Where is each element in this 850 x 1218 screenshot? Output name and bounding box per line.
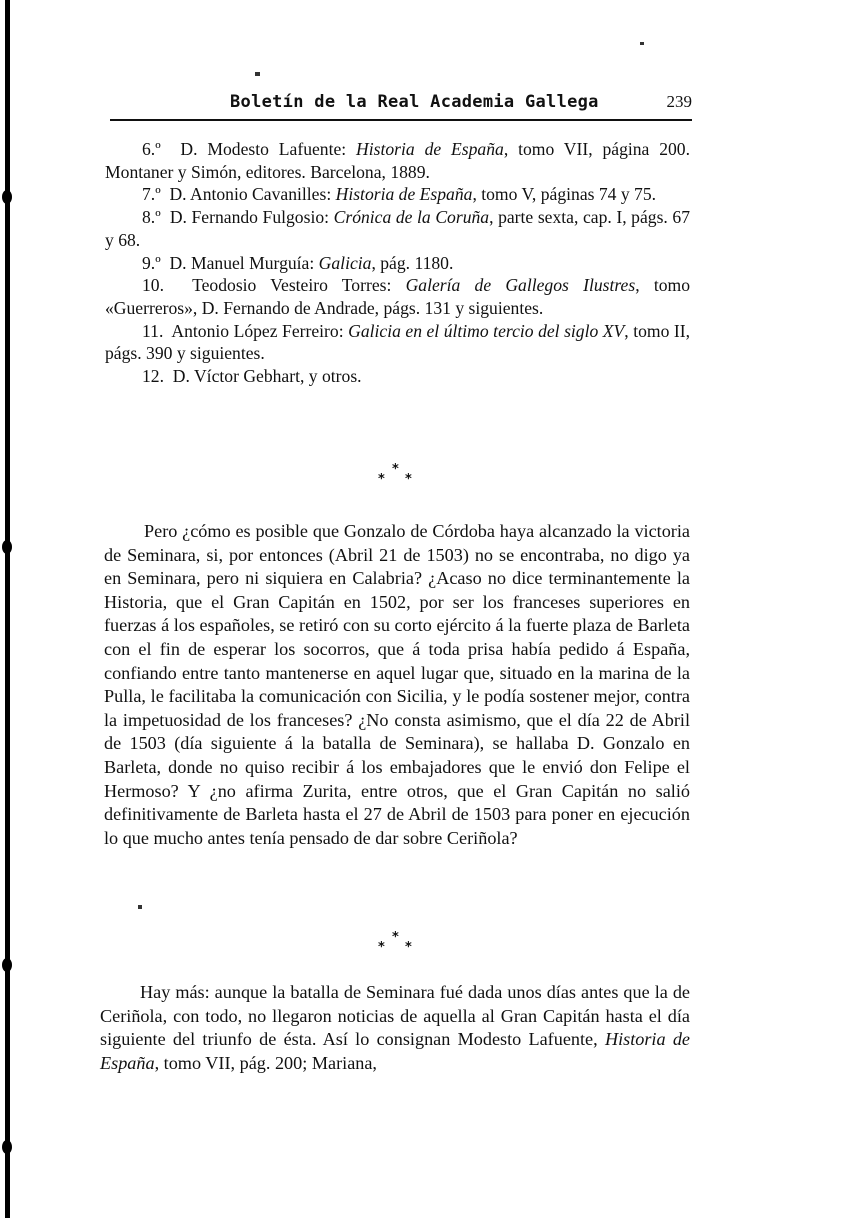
footnote-number: 8.º — [142, 207, 161, 227]
asterisk-icon: * — [405, 472, 412, 487]
page-number: 239 — [667, 92, 693, 112]
footnote-item: 6.º D. Modesto Lafuente: Historia de Esp… — [105, 138, 690, 183]
footnote-work-title: Galicia en el último tercio del siglo XV — [348, 321, 624, 341]
footnote-number: 11. — [142, 321, 163, 341]
asterisk-icon: * — [378, 940, 385, 955]
footnote-item: 7.º D. Antonio Cavanilles: Historia de E… — [105, 183, 690, 206]
ink-speck — [138, 905, 142, 909]
footnote-author: Antonio López Ferreiro: — [171, 321, 348, 341]
footnote-author: Teodosio Vesteiro Torres: — [192, 275, 405, 295]
binding-mark — [2, 190, 12, 204]
footnote-work-title: Historia de España — [336, 184, 473, 204]
footnote-number: 10. — [142, 275, 164, 295]
footnote-list: 6.º D. Modesto Lafuente: Historia de Esp… — [105, 138, 690, 388]
section-separator-asterism: * * * — [378, 462, 418, 492]
section-separator-asterism: * * * — [378, 930, 418, 960]
asterisk-icon: * — [405, 940, 412, 955]
footnote-author: D. Manuel Murguía: — [169, 253, 318, 273]
body-section-1: Pero ¿cómo es posible que Gonzalo de Cór… — [104, 520, 690, 850]
paragraph-text: Hay más: aunque la batalla de Seminara f… — [100, 982, 690, 1049]
footnote-item: 10. Teodosio Vesteiro Torres: Galería de… — [105, 274, 690, 319]
footnote-work-title: Galería de Gallegos Ilustres — [406, 275, 636, 295]
journal-title: Boletín de la Real Academia Gallega — [230, 92, 599, 112]
asterisk-icon: * — [392, 462, 399, 477]
body-paragraph: Pero ¿cómo es posible que Gonzalo de Cór… — [104, 520, 690, 850]
footnote-item: 9.º D. Manuel Murguía: Galicia, pág. 118… — [105, 252, 690, 275]
footnote-author: D. Víctor Gebhart, y otros. — [173, 366, 362, 386]
footnote-number: 12. — [142, 366, 164, 386]
asterisk-icon: * — [378, 472, 385, 487]
footnote-work-title: Historia de España — [356, 139, 504, 159]
body-paragraph: Hay más: aunque la batalla de Seminara f… — [100, 981, 690, 1075]
footnote-author: D. Antonio Cavanilles: — [169, 184, 335, 204]
footnote-work-title: Galicia — [319, 253, 372, 273]
paragraph-text: , tomo VII, pág. 200; Mariana, — [155, 1053, 377, 1073]
footnote-number: 7.º — [142, 184, 161, 204]
asterisk-icon: * — [392, 930, 399, 945]
footnote-item: 11. Antonio López Ferreiro: Galicia en e… — [105, 320, 690, 365]
footnote-number: 9.º — [142, 253, 161, 273]
footnote-author: D. Modesto Lafuente: — [180, 139, 356, 159]
book-binding-edge — [5, 0, 10, 1218]
running-header: Boletín de la Real Academia Gallega 239 — [110, 88, 692, 120]
binding-mark — [2, 540, 12, 554]
binding-mark — [2, 958, 12, 972]
ink-speck — [255, 72, 260, 76]
binding-mark — [2, 1140, 12, 1154]
body-section-2: Hay más: aunque la batalla de Seminara f… — [100, 981, 690, 1075]
footnote-item: 8.º D. Fernando Fulgosio: Crónica de la … — [105, 206, 690, 251]
footnote-details: , pág. 1180. — [371, 253, 453, 273]
ink-speck — [640, 42, 644, 45]
footnote-work-title: Crónica de la Coruña — [334, 207, 489, 227]
footnote-number: 6.º — [142, 139, 161, 159]
footnote-item: 12. D. Víctor Gebhart, y otros. — [105, 365, 690, 388]
header-rule — [110, 119, 692, 121]
footnote-details: , tomo V, páginas 74 y 75. — [472, 184, 656, 204]
footnote-author: D. Fernando Fulgosio: — [170, 207, 334, 227]
